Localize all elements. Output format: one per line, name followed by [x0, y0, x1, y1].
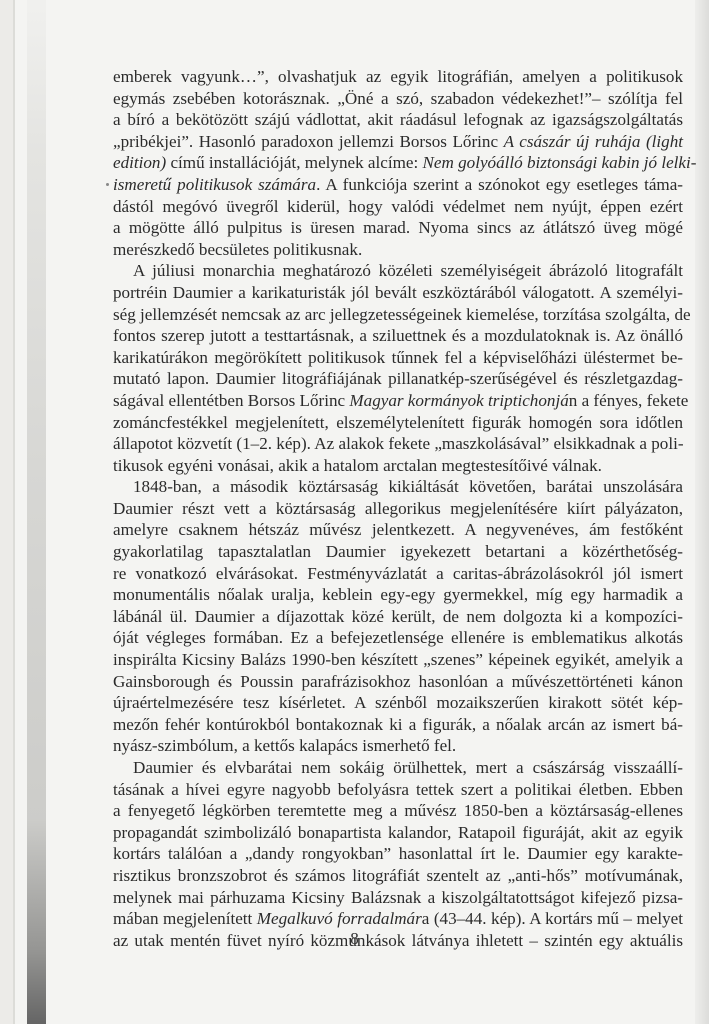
- text-line: Daumier és elvbarátai nem sokáig örülhet…: [113, 757, 683, 779]
- text-segment: merészkedő becsületes politikusnak.: [113, 240, 362, 259]
- text-segment: gyakorlatilag tapasztalatlan Daumier igy…: [113, 542, 683, 561]
- text-segment: című installációját, melynek alcíme:: [166, 153, 422, 172]
- text-segment: A júliusi monarchia meghatározó közéleti…: [133, 261, 683, 280]
- text-line: nyász-szimbólum, a kettős kalapács ismer…: [113, 735, 683, 757]
- text-line: A júliusi monarchia meghatározó közéleti…: [113, 260, 683, 282]
- text-line: mezőn fehér kontúrokból bontakoznak ki a…: [113, 714, 683, 736]
- text-segment: a fenyegető légkörben teremtette meg a m…: [113, 801, 683, 820]
- text-segment: melynek mai párhuzama Kicsiny Balázsnak …: [113, 888, 683, 907]
- page-edge-right: [695, 0, 709, 1024]
- text-line: re vonatkozó elvárásokat. Festményvázlat…: [113, 563, 683, 585]
- text-line: risztikus bronzszobrot és számos litográ…: [113, 865, 683, 887]
- text-segment: monumentális nőalak uralja, keblein egy-…: [113, 585, 683, 604]
- text-segment: Daumier és elvbarátai nem sokáig örülhet…: [133, 758, 683, 777]
- text-line: monumentális nőalak uralja, keblein egy-…: [113, 584, 683, 606]
- text-line: inspirálta Kicsiny Balázs 1990-ben készí…: [113, 649, 683, 671]
- text-segment: dástól megóvó üvegről kiderül, hogy való…: [113, 197, 683, 216]
- text-line: a fenyegető légkörben teremtette meg a m…: [113, 800, 683, 822]
- text-line: újraértelmezésére tesz kísérletet. A szé…: [113, 692, 683, 714]
- text-segment: lábánál ül. Daumier a díjazottak közé ke…: [113, 607, 683, 626]
- text-segment: portréin Daumier a karikaturisták jól be…: [113, 283, 683, 302]
- text-segment: mezőn fehér kontúrokból bontakoznak ki a…: [113, 715, 683, 734]
- text-segment: karikatúrákon megörökített politikusok t…: [113, 348, 683, 367]
- text-line: ség jellemzését nemcsak az arc jellegzet…: [113, 304, 683, 326]
- text-line: „pribékjei”. Hasonló paradoxon jellemzi …: [113, 131, 683, 153]
- text-line: a bíró a bekötözött szájú vádlottat, aki…: [113, 109, 683, 131]
- text-segment: Daumier részt vett a köztársaság allegor…: [113, 499, 683, 518]
- text-line: Gainsborough és Poussin parafrázisokhoz …: [113, 671, 683, 693]
- body-text: emberek vagyunk…”, olvashatjuk az egyik …: [113, 66, 683, 951]
- text-segment: ságával ellentétben Borsos Lőrinc: [113, 391, 349, 410]
- text-segment: tásának a hívei egyre nagyobb befolyásra…: [113, 780, 683, 799]
- text-line: 1848-ban, a második köztársaság kikiáltá…: [113, 476, 683, 498]
- text-line: ismeretű politikusok számára. A funkciój…: [113, 174, 683, 196]
- text-segment: a bíró a bekötözött szájú vádlottat, aki…: [113, 110, 683, 129]
- text-segment: zománcfestékkel megjelenített, elszemély…: [113, 413, 683, 432]
- italic-title: Nem golyóálló biztonsági kabin jó lelki-: [423, 153, 697, 172]
- text-segment: „pribékjei”. Hasonló paradoxon jellemzi …: [113, 132, 504, 151]
- text-line: propagandát szimbolizáló bonapartista ka…: [113, 822, 683, 844]
- text-line: ságával ellentétben Borsos Lőrinc Magyar…: [113, 390, 683, 412]
- text-line: tásának a hívei egyre nagyobb befolyásra…: [113, 779, 683, 801]
- text-segment: . A funkciója szerint a szónokot egy ese…: [316, 175, 683, 194]
- text-line: amelyre csaknem hétszáz művész jelentkez…: [113, 519, 683, 541]
- text-segment: ség jellemzését nemcsak az arc jellegzet…: [113, 305, 691, 324]
- text-segment: re vonatkozó elvárásokat. Festményvázlat…: [113, 564, 683, 583]
- page-edge-line: [13, 0, 15, 1024]
- text-line: karikatúrákon megörökített politikusok t…: [113, 347, 683, 369]
- text-segment: újraértelmezésére tesz kísérletet. A szé…: [113, 693, 683, 712]
- text-line: fontos szerep jutott a testtartásnak, a …: [113, 325, 683, 347]
- text-line: portréin Daumier a karikaturisták jól be…: [113, 282, 683, 304]
- italic-title: A császár új ruhája (light: [504, 132, 683, 151]
- text-segment: risztikus bronzszobrot és számos litográ…: [113, 866, 683, 885]
- text-segment: állapotot közvetít (1–2. kép). Az alakok…: [113, 434, 684, 453]
- text-segment: tikusok egyéni vonásai, akik a hatalom a…: [113, 456, 602, 475]
- text-segment: fontos szerep jutott a testtartásnak, a …: [113, 326, 683, 345]
- text-line: kortárs találóan a „dandy rongyokban” ha…: [113, 843, 683, 865]
- text-line: állapotot közvetít (1–2. kép). Az alakok…: [113, 433, 683, 455]
- text-segment: Gainsborough és Poussin parafrázisokhoz …: [113, 672, 683, 691]
- page-number: 8: [0, 929, 709, 949]
- text-line: merészkedő becsületes politikusnak.: [113, 239, 683, 261]
- text-segment: nyász-szimbólum, a kettős kalapács ismer…: [113, 736, 456, 755]
- text-line: tikusok egyéni vonásai, akik a hatalom a…: [113, 455, 683, 477]
- text-line: lábánál ül. Daumier a díjazottak közé ke…: [113, 606, 683, 628]
- text-segment: a mögötte álló pulpitus is üresen marad.…: [113, 218, 683, 237]
- text-segment: propagandát szimbolizáló bonapartista ka…: [113, 823, 683, 842]
- text-segment: óját végleges formában. Ez a befejezetle…: [113, 628, 683, 647]
- text-line: óját végleges formában. Ez a befejezetle…: [113, 627, 683, 649]
- text-line: zománcfestékkel megjelenített, elszemély…: [113, 412, 683, 434]
- text-segment: amelyre csaknem hétszáz művész jelentkez…: [113, 520, 683, 539]
- text-segment: inspirálta Kicsiny Balázs 1990-ben készí…: [113, 650, 683, 669]
- text-line: edition) című installációját, melynek al…: [113, 152, 683, 174]
- text-segment: kortárs találóan a „dandy rongyokban” ha…: [113, 844, 683, 863]
- text-line: egymás zsebében kotorásznak. „Öné a szó,…: [113, 88, 683, 110]
- italic-title: edition): [113, 153, 166, 172]
- margin-speck: [106, 183, 109, 186]
- book-binding-shadow: [27, 0, 46, 1024]
- italic-title: ismeretű politikusok számára: [113, 175, 316, 194]
- text-line: mutató lapon. Daumier litográfiájának pi…: [113, 368, 683, 390]
- text-segment: a (43–44. kép). A kortárs mű – melyet: [422, 909, 683, 928]
- italic-title: Magyar kormányok triptichonjá: [349, 391, 568, 410]
- text-segment: 1848-ban, a második köztársaság kikiáltá…: [133, 477, 683, 496]
- text-line: dástól megóvó üvegről kiderül, hogy való…: [113, 196, 683, 218]
- text-segment: n a fényes, fekete: [569, 391, 689, 410]
- text-line: mában megjelenített Megalkuvó forradalmá…: [113, 908, 683, 930]
- text-line: a mögötte álló pulpitus is üresen marad.…: [113, 217, 683, 239]
- text-segment: mutató lapon. Daumier litográfiájának pi…: [113, 369, 683, 388]
- text-line: gyakorlatilag tapasztalatlan Daumier igy…: [113, 541, 683, 563]
- text-line: emberek vagyunk…”, olvashatjuk az egyik …: [113, 66, 683, 88]
- text-segment: emberek vagyunk…”, olvashatjuk az egyik …: [113, 67, 683, 86]
- page-edge-left: [0, 0, 14, 1024]
- text-segment: mában megjelenített: [113, 909, 257, 928]
- text-line: Daumier részt vett a köztársaság allegor…: [113, 498, 683, 520]
- text-line: melynek mai párhuzama Kicsiny Balázsnak …: [113, 887, 683, 909]
- text-segment: egymás zsebében kotorásznak. „Öné a szó,…: [113, 89, 683, 108]
- italic-title: Megalkuvó forradalmár: [257, 909, 422, 928]
